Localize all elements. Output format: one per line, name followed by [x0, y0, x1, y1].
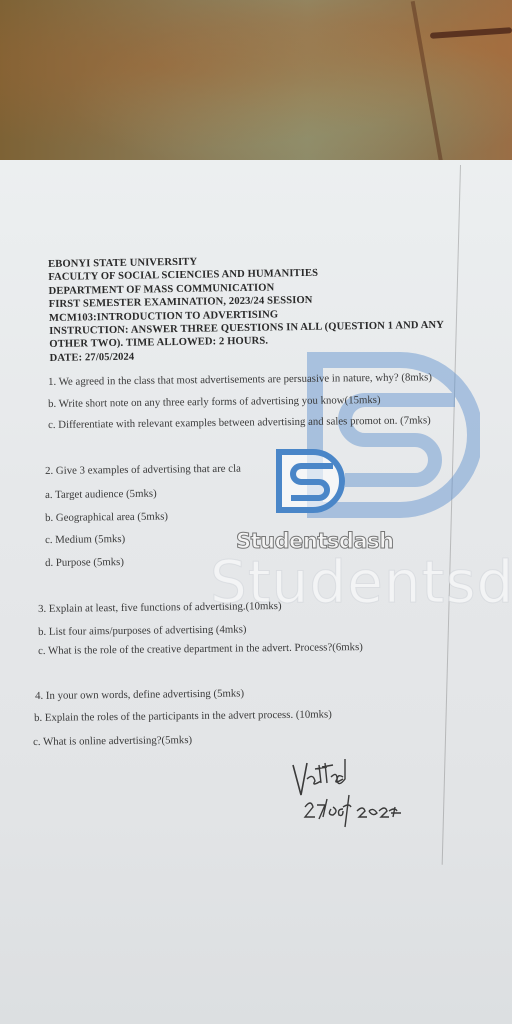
question-4a: 4. In your own words, define advertising…: [35, 687, 244, 702]
question-2: 2. Give 3 examples of advertising that a…: [45, 463, 241, 477]
floor-crack: [430, 27, 512, 39]
floor-background: [0, 0, 512, 165]
question-4c: c. What is online advertising?(5mks): [33, 734, 192, 748]
watermark-faint-text: Studentsd: [210, 548, 512, 616]
question-3b: b. List four aims/purposes of advertisin…: [38, 623, 247, 638]
floor-crack: [411, 1, 444, 164]
question-2b: b. Geographical area (5mks): [45, 510, 168, 524]
studentsdash-logo-icon: [275, 448, 345, 514]
exam-header: EBONYI STATE UNIVERSITY FACULTY OF SOCIA…: [48, 251, 512, 366]
watermark-brand-text: Studentsdash: [236, 529, 394, 553]
question-2d: d. Purpose (5mks): [45, 556, 124, 569]
question-2a: a. Target audience (5mks): [45, 488, 157, 501]
question-2c: c. Medium (5mks): [45, 533, 125, 546]
vetted-signature: [285, 755, 455, 835]
